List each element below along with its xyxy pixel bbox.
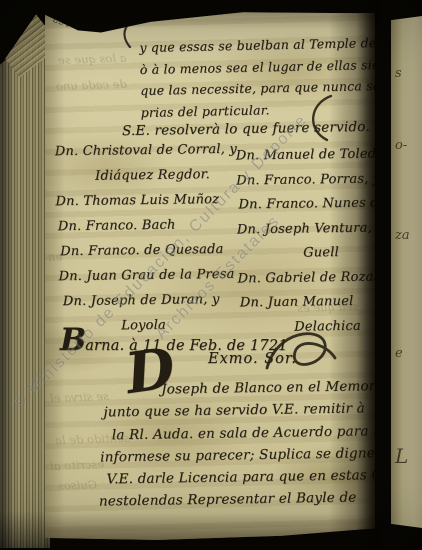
book-page-edges [0,20,50,548]
signature: Dn. Franco. Bach [58,212,238,240]
bleedthrough-text: se sirva el [50,389,109,405]
facing-page-ink-mark: s [395,66,402,81]
signature: Idiáquez Regdor. [95,162,237,189]
folio-number: 162. [49,11,74,28]
bleedthrough-text: Guisos [58,477,97,492]
signature: Dn. Christoval de Corral, y [55,137,237,165]
signature: Dn. Franco. de Quesada [60,237,238,264]
book-gutter-shadow [356,0,394,550]
facing-page-ink-mark: L [395,444,408,468]
signature-column-left: Dn. Christoval de Corral, yIdiáquez Regd… [55,137,240,340]
dateline-initial: B [60,322,85,358]
bleedthrough-text: a los que se [58,51,127,67]
facing-page-sliver: s o- za e L [391,16,422,528]
bleedthrough-text: escrito al [50,457,105,473]
facing-page-ink-mark: o- [395,138,407,153]
bleedthrough-text: de cada uno [56,77,127,93]
signature: Dn. Joseph de Duran, y [63,287,239,314]
facing-page-ink-mark: e [395,346,403,361]
bleedthrough-text: sentido de la [55,431,130,448]
salutation: Exmo. Sor. [208,351,297,367]
manuscript-page: 162. y que essas se buelban al Temple de… [45,8,375,540]
signature: Dn. Juan Grau de la Presa [58,262,238,290]
bleedthrough-text: en [48,250,63,264]
bleedthrough-text: sea que es [297,299,359,315]
manuscript-photo: 162. y que essas se buelban al Temple de… [0,0,422,550]
facing-page-ink-mark: za [395,228,410,243]
signature: Dn. Thomas Luis Muñoz [55,187,237,215]
